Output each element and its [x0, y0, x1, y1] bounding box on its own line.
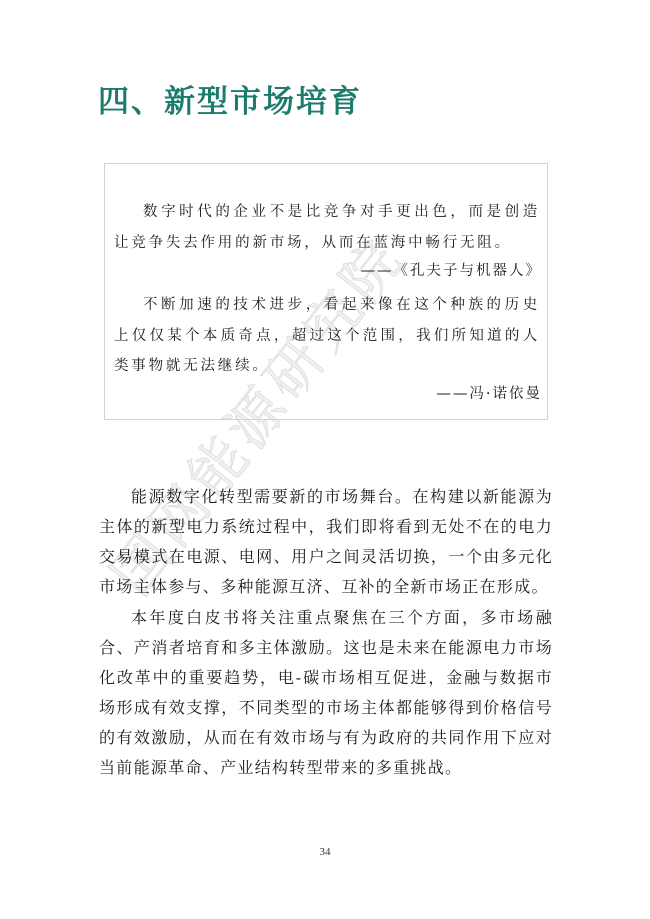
- page-number: 34: [0, 846, 650, 858]
- quote-text-2: 不断加速的技术进步，看起来像在这个种族的历史上仅仅某个本质奇点，超过这个范围，我…: [114, 290, 540, 382]
- body-paragraph-2: 本年度白皮书将关注重点聚焦在三个方面，多市场融合、产消者培育和多主体激励。这也是…: [99, 603, 553, 783]
- section-title: 四、新型市场培育: [98, 76, 362, 121]
- quote-attribution-1: ——《孔夫子与机器人》: [361, 259, 543, 280]
- body-paragraph-1: 能源数字化转型需要新的市场舞台。在构建以新能源为主体的新型电力系统过程中，我们即…: [99, 482, 553, 602]
- quote-text-1: 数字时代的企业不是比竞争对手更出色，而是创造让竞争失去作用的新市场，从而在蓝海中…: [114, 197, 540, 258]
- quote-attribution-2: ——冯·诺依曼: [436, 382, 542, 403]
